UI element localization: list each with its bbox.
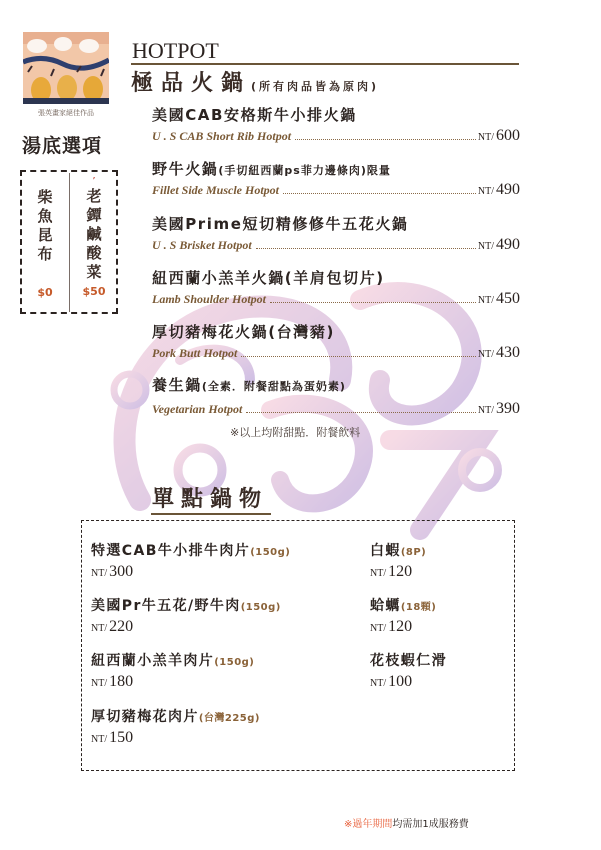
painting-image bbox=[23, 32, 109, 104]
hotpot-footnote: ※以上均附甜點．附餐飲料 bbox=[230, 424, 360, 440]
broth-options-title: 湯底選項 bbox=[22, 131, 102, 158]
broth-divider bbox=[69, 173, 70, 312]
painting-caption: 張英畫家絕佳作品 bbox=[14, 108, 118, 118]
a-la-carte-item-cab-slices: 特選CAB牛小排牛肉片(150g) NT/300 bbox=[91, 542, 290, 583]
a-la-carte-item-pork-slices: 厚切豬梅花肉片(台灣225g) NT/150 bbox=[91, 708, 260, 749]
item-english-name: U . S CAB Short Rib Hotpot bbox=[152, 129, 291, 144]
section-title: 極品火鍋(所有肉品皆為原肉) bbox=[131, 66, 379, 97]
section-note: (所有肉品皆為原肉) bbox=[251, 80, 379, 93]
dot-leader bbox=[246, 411, 476, 413]
hotpot-english-title: HOTPOT bbox=[132, 38, 219, 64]
item-english-name: U . S Brisket Hotpot bbox=[152, 238, 252, 253]
item-price: 490 bbox=[496, 181, 520, 199]
item-price: 490 bbox=[496, 236, 520, 254]
dot-leader bbox=[270, 301, 476, 303]
a-la-carte-item-lamb-slices: 紐西蘭小羔羊肉片(150g) NT/180 bbox=[91, 652, 254, 693]
header-divider bbox=[131, 63, 519, 65]
dot-leader bbox=[241, 355, 476, 357]
a-la-carte-item-beef-belly: 美國Pr牛五花/野牛肉(150g) NT/220 bbox=[91, 597, 281, 638]
dot-leader bbox=[283, 192, 476, 194]
broth-option-bonito-kelp: 柴 魚 昆 布 $0 bbox=[22, 188, 68, 299]
chili-icon: ’ bbox=[71, 177, 117, 187]
dot-leader bbox=[256, 247, 476, 249]
menu-item-cab-short-rib: 美國CAB安格斯牛小排火鍋 U . S CAB Short Rib Hotpot… bbox=[152, 106, 520, 145]
item-price: 120 bbox=[388, 563, 412, 580]
item-price: 430 bbox=[496, 344, 520, 362]
broth-option-price: $0 bbox=[22, 286, 68, 299]
menu-item-lamb-hotpot: 紐西蘭小羔羊火鍋(羊肩包切片) Lamb Shoulder Hotpot NT/… bbox=[152, 269, 520, 308]
item-english-name: Fillet Side Muscle Hotpot bbox=[152, 183, 279, 198]
broth-option-sour-cabbage: ’ 老 鐔 鹹 酸 菜 $50 bbox=[71, 177, 117, 298]
a-la-carte-item-squid-shrimp-paste: 花枝蝦仁滑 NT/100 bbox=[370, 652, 447, 693]
item-english-name: Vegetarian Hotpot bbox=[152, 402, 242, 417]
a-la-carte-title: 單點鍋物 bbox=[152, 482, 268, 513]
item-price: 220 bbox=[109, 618, 133, 635]
broth-option-price: $50 bbox=[71, 285, 117, 298]
item-english-name: Lamb Shoulder Hotpot bbox=[152, 292, 266, 307]
item-price: 150 bbox=[109, 729, 133, 746]
item-price: 100 bbox=[388, 673, 412, 690]
item-price: 450 bbox=[496, 290, 520, 308]
service-charge-note: ※過年期間均需加1成服務費 bbox=[344, 815, 469, 830]
a-la-carte-item-white-shrimp: 白蝦(8P) NT/120 bbox=[370, 542, 426, 583]
menu-item-bison-hotpot: 野牛火鍋(手切紐西蘭ps菲力邊條肉)限量 Fillet Side Muscle … bbox=[152, 160, 520, 199]
item-price: 120 bbox=[388, 618, 412, 635]
a-la-carte-item-clams: 蛤蠣(18顆) NT/120 bbox=[370, 597, 436, 638]
broth-option-name: 柴 魚 昆 布 bbox=[22, 188, 68, 264]
a-la-carte-underline bbox=[151, 513, 271, 515]
painting-artwork-icon bbox=[23, 32, 109, 104]
menu-item-pork-hotpot: 厚切豬梅花火鍋(台灣豬) Pork Butt Hotpot NT/ 430 bbox=[152, 323, 520, 362]
item-price: 390 bbox=[496, 400, 520, 418]
broth-option-name: 老 鐔 鹹 酸 菜 bbox=[71, 187, 117, 282]
menu-item-vegetarian-hotpot: 養生鍋(全素．附餐甜點為蛋奶素) Vegetarian Hotpot NT/ 3… bbox=[152, 376, 520, 418]
item-price: 180 bbox=[109, 673, 133, 690]
item-english-name: Pork Butt Hotpot bbox=[152, 346, 237, 361]
item-price: 600 bbox=[496, 127, 520, 145]
dot-leader bbox=[295, 138, 476, 140]
item-price: 300 bbox=[109, 563, 133, 580]
menu-item-brisket-hotpot: 美國Prime短切精修修牛五花火鍋 U . S Brisket Hotpot N… bbox=[152, 215, 520, 254]
